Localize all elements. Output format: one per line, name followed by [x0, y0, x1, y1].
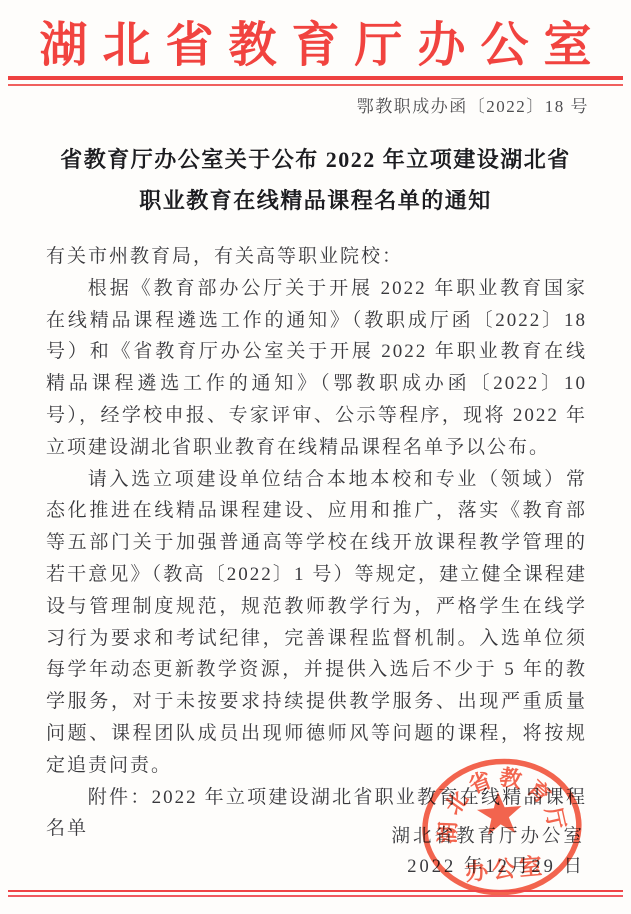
notice-title-line1: 省教育厅办公室关于公布 2022 年立项建设湖北省: [20, 139, 611, 180]
paragraph-basis: 根据《教育部办公厅关于开展 2022 年职业教育国家在线精品课程遴选工作的通知》…: [46, 273, 587, 464]
star-icon: [476, 790, 524, 836]
document-page: 湖北省教育厅办公室 鄂教职成办函〔2022〕18 号 省教育厅办公室关于公布 2…: [0, 0, 631, 914]
notice-title: 省教育厅办公室关于公布 2022 年立项建设湖北省 职业教育在线精品课程名单的通…: [20, 139, 611, 221]
footer-divider: [8, 890, 623, 897]
salutation: 有关市州教育局，有关高等职业院校：: [46, 241, 587, 273]
official-seal: 湖北省教育厅 办公室: [415, 751, 590, 905]
notice-title-line2: 职业教育在线精品课程名单的通知: [20, 180, 611, 221]
seal-bottom-text: 办公室: [464, 852, 547, 885]
letterhead-org-title: 湖北省教育厅办公室: [0, 6, 631, 75]
notice-body: 有关市州教育局，有关高等职业院校： 根据《教育部办公厅关于开展 2022 年职业…: [46, 241, 587, 845]
doc-number: 鄂教职成办函〔2022〕18 号: [357, 92, 589, 117]
letterhead-divider: [8, 76, 623, 86]
paragraph-requirements: 请入选立项建设单位结合本地本校和专业（领域）常态化推进在线精品课程建设、应用和推…: [46, 464, 587, 782]
